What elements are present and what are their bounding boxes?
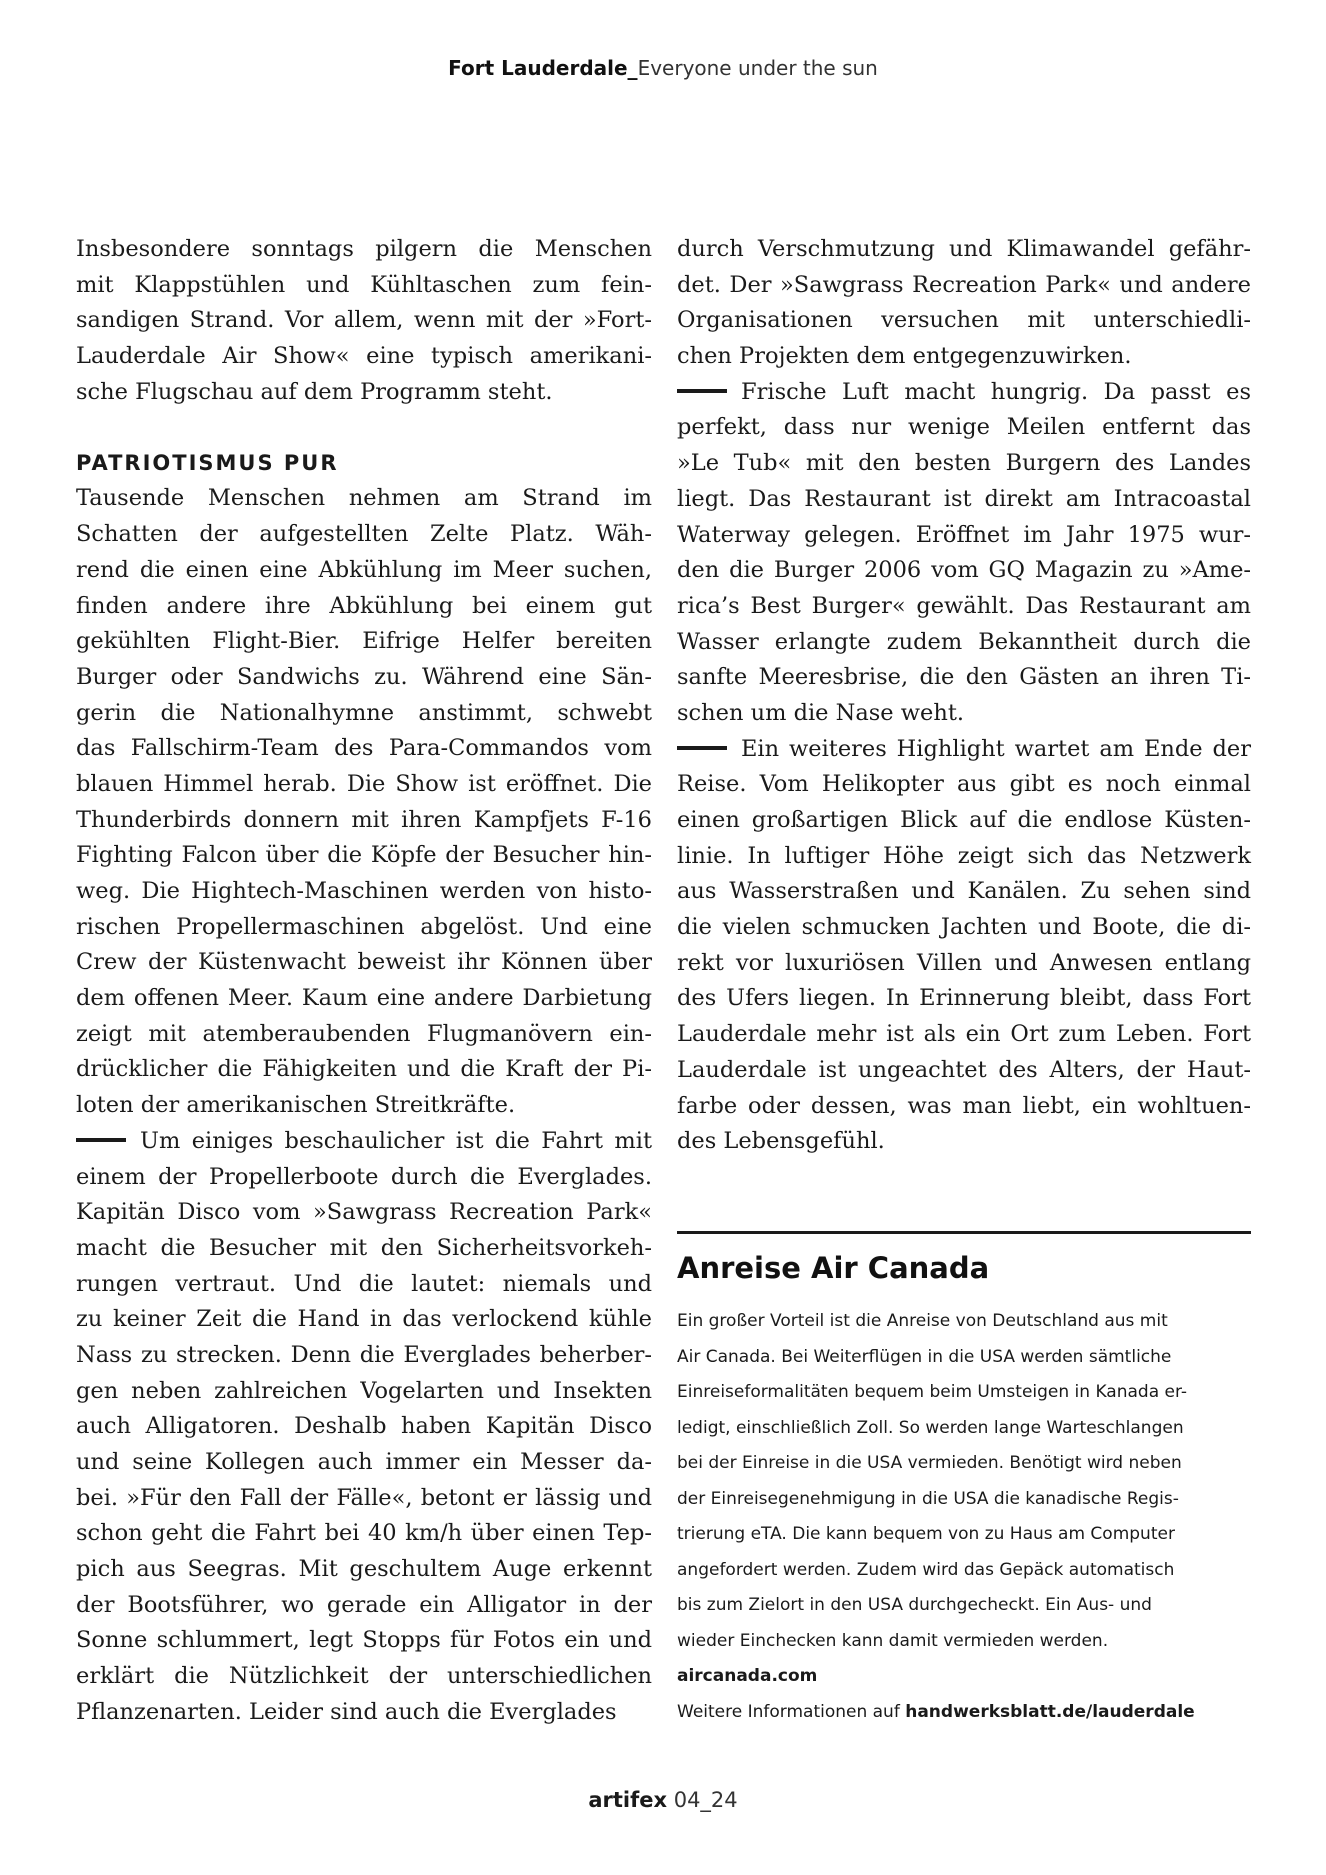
text-line: Fighting Falcon über die Köpfe der Besuc… xyxy=(76,838,652,874)
infobox-text-line: trierung eTA. Die kann bequem von zu Hau… xyxy=(677,1517,1251,1553)
text-line: des Ufers liegen. In Erinnerung bleibt, … xyxy=(677,981,1251,1017)
folio-brand: artifex xyxy=(588,1788,667,1812)
text-line: sche Flugschau auf dem Programm steht. xyxy=(76,375,652,411)
subhead-patriotismus: PATRIOTISMUS PUR xyxy=(76,445,652,481)
text-line: bei. »Für den Fall der Fälle«, betont er… xyxy=(76,1481,652,1517)
text-line: »Le Tub« mit den besten Burgern des Land… xyxy=(677,446,1251,482)
infobox-text-line: Ein großer Vorteil ist die Anreise von D… xyxy=(677,1304,1251,1340)
infobox-body: Ein großer Vorteil ist die Anreise von D… xyxy=(677,1304,1251,1730)
text-line: Tausende Menschen nehmen am Strand im xyxy=(76,481,652,517)
folio-issue: 04_24 xyxy=(667,1788,738,1812)
text-line: der Bootsführer, wo gerade ein Alligator… xyxy=(76,1588,652,1624)
more-info-prefix: Weitere Informationen auf xyxy=(677,1702,905,1722)
text-line: farbe oder dessen, was man liebt, ein wo… xyxy=(677,1089,1251,1125)
infobox-text-line: der Einreisegenehmigung in die USA die k… xyxy=(677,1482,1251,1518)
text-line: Schatten der aufgestellten Zelte Platz. … xyxy=(76,517,652,553)
text-line: det. Der »Sawgrass Recreation Park« und … xyxy=(677,268,1251,304)
paragraph-environment: durch Verschmutzung und Klimawandel gefä… xyxy=(677,232,1251,375)
text-line: erklärt die Nützlichkeit der unterschied… xyxy=(76,1659,652,1695)
text-line: schen um die Nase weht. xyxy=(677,696,1251,732)
text-line: dem offenen Meer. Kaum eine andere Darbi… xyxy=(76,981,652,1017)
text-line: Insbesondere sonntags pilgern die Mensch… xyxy=(76,232,652,268)
paragraph-dash-icon xyxy=(677,746,727,750)
text-line: die vielen schmucken Jachten und Boote, … xyxy=(677,910,1251,946)
infobox-text-line: Air Canada. Bei Weiterflügen in die USA … xyxy=(677,1340,1251,1376)
text-line: des Lebensgefühl. xyxy=(677,1124,1251,1160)
text-line: gekühlten Flight-Bier. Eifrige Helfer be… xyxy=(76,624,652,660)
more-info-line: Weitere Informationen auf handwerksblatt… xyxy=(677,1695,1251,1731)
text-line: Lauderdale mehr ist als ein Ort zum Lebe… xyxy=(677,1017,1251,1053)
folio: artifex 04_24 xyxy=(0,1788,1326,1812)
right-column: durch Verschmutzung und Klimawandel gefä… xyxy=(677,232,1251,1160)
text-line: Reise. Vom Helikopter aus gibt es noch e… xyxy=(677,767,1251,803)
text-line: schon geht die Fahrt bei 40 km/h über ei… xyxy=(76,1516,652,1552)
text-line: Wasser erlangte zudem Bekanntheit durch … xyxy=(677,625,1251,661)
text-line: rica’s Best Burger« gewählt. Das Restaur… xyxy=(677,589,1251,625)
text-line: Burger oder Sandwichs zu. Während eine S… xyxy=(76,660,652,696)
paragraph-everglades: Um einiges beschaulicher ist die Fahrt m… xyxy=(76,1124,652,1731)
text-line: drücklicher die Fähigkeiten und die Kraf… xyxy=(76,1052,652,1088)
intro-paragraph: Insbesondere sonntags pilgern die Mensch… xyxy=(76,232,652,410)
text-line: rend die einen eine Abkühlung im Meer su… xyxy=(76,553,652,589)
infobox-title: Anreise Air Canada xyxy=(677,1246,1251,1290)
text-line: zu keiner Zeit die Hand in das verlocken… xyxy=(76,1302,652,1338)
text-line: Lauderdale ist ungeachtet des Alters, de… xyxy=(677,1053,1251,1089)
link-aircanada[interactable]: aircanada.com xyxy=(677,1659,1251,1695)
infobox-text-line: bis zum Zielort in den USA durchgecheckt… xyxy=(677,1588,1251,1624)
infobox-text-line: wieder Einchecken kann damit vermieden w… xyxy=(677,1624,1251,1660)
text-line: Ein weiteres Highlight wartet am Ende de… xyxy=(677,732,1251,768)
text-line: gerin die Nationalhymne anstimmt, schweb… xyxy=(76,696,652,732)
infobox-text-line: ledigt, einschließlich Zoll. So werden l… xyxy=(677,1411,1251,1447)
text-line: gen neben zahlreichen Vogelarten und Ins… xyxy=(76,1374,652,1410)
text-line: Frische Luft macht hungrig. Da passt es xyxy=(677,375,1251,411)
text-line: Um einiges beschaulicher ist die Fahrt m… xyxy=(76,1124,652,1160)
text-line: blauen Himmel herab. Die Show ist eröffn… xyxy=(76,767,652,803)
running-head-section: Fort Lauderdale_ xyxy=(448,56,637,80)
text-line: einen großartigen Blick auf die endlose … xyxy=(677,803,1251,839)
text-line: durch Verschmutzung und Klimawandel gefä… xyxy=(677,232,1251,268)
text-line: auch Alligatoren. Deshalb haben Kapitän … xyxy=(76,1409,652,1445)
text-line: chen Projekten dem entgegenzuwirken. xyxy=(677,339,1251,375)
text-line: finden andere ihre Abkühlung bei einem g… xyxy=(76,589,652,625)
text-line: aus Wasserstraßen und Kanälen. Zu sehen … xyxy=(677,874,1251,910)
text-line: macht die Besucher mit den Sicherheitsvo… xyxy=(76,1231,652,1267)
text-line: pich aus Seegras. Mit geschultem Auge er… xyxy=(76,1552,652,1588)
text-line: Pflanzenarten. Leider sind auch die Ever… xyxy=(76,1695,652,1731)
paragraph-air-show: Tausende Menschen nehmen am Strand imSch… xyxy=(76,481,652,1123)
running-head-tagline: Everyone under the sun xyxy=(638,56,878,80)
text-line: und seine Kollegen auch immer ein Messer… xyxy=(76,1445,652,1481)
text-line: das Fallschirm-Team des Para-Commandos v… xyxy=(76,731,652,767)
text-line: Waterway gelegen. Eröffnet im Jahr 1975 … xyxy=(677,518,1251,554)
infobox-rule xyxy=(677,1231,1251,1234)
paragraph-dash-icon xyxy=(76,1138,126,1142)
text-line: Thunderbirds donnern mit ihren Kampfjets… xyxy=(76,803,652,839)
text-line: loten der amerikanischen Streitkräfte. xyxy=(76,1088,652,1124)
text-line: rekt vor luxuriösen Villen und Anwesen e… xyxy=(677,946,1251,982)
infobox-air-canada: Anreise Air Canada Ein großer Vorteil is… xyxy=(677,1231,1251,1730)
paragraph-le-tub: Frische Luft macht hungrig. Da passt esp… xyxy=(677,375,1251,732)
running-head: Fort Lauderdale_Everyone under the sun xyxy=(0,56,1326,80)
text-line: sanfte Meeresbrise, die den Gästen an ih… xyxy=(677,660,1251,696)
text-line: Nass zu strecken. Denn die Everglades be… xyxy=(76,1338,652,1374)
text-line: Organisationen versuchen mit unterschied… xyxy=(677,303,1251,339)
text-line: Kapitän Disco vom »Sawgrass Recreation P… xyxy=(76,1195,652,1231)
paragraph-helicopter: Ein weiteres Highlight wartet am Ende de… xyxy=(677,732,1251,1160)
text-line: liegt. Das Restaurant ist direkt am Intr… xyxy=(677,482,1251,518)
text-line: perfekt, dass nur wenige Meilen entfernt… xyxy=(677,410,1251,446)
text-line: einem der Propellerboote durch die Everg… xyxy=(76,1160,652,1196)
text-line: zeigt mit atemberaubenden Flugmanövern e… xyxy=(76,1017,652,1053)
text-line: Sonne schlummert, legt Stopps für Fotos … xyxy=(76,1623,652,1659)
infobox-text-line: bei der Einreise in die USA vermieden. B… xyxy=(677,1446,1251,1482)
text-line: rischen Propellermaschinen abgelöst. Und… xyxy=(76,910,652,946)
link-handwerksblatt[interactable]: handwerksblatt.de/lauderdale xyxy=(905,1702,1194,1722)
text-line: Crew der Küstenwacht beweist ihr Können … xyxy=(76,945,652,981)
text-line: weg. Die Hightech-Maschinen werden von h… xyxy=(76,874,652,910)
text-line: sandigen Strand. Vor allem, wenn mit der… xyxy=(76,303,652,339)
infobox-text-line: Einreiseformalitäten bequem beim Umsteig… xyxy=(677,1375,1251,1411)
text-line: den die Burger 2006 vom GQ Magazin zu »A… xyxy=(677,553,1251,589)
left-column: Insbesondere sonntags pilgern die Mensch… xyxy=(76,232,652,1731)
paragraph-dash-icon xyxy=(677,389,727,393)
text-line: linie. In luftiger Höhe zeigt sich das N… xyxy=(677,839,1251,875)
text-line: Lauderdale Air Show« eine typisch amerik… xyxy=(76,339,652,375)
infobox-text-line: angefordert werden. Zudem wird das Gepäc… xyxy=(677,1553,1251,1589)
text-line: rungen vertraut. Und die lautet: niemals… xyxy=(76,1267,652,1303)
text-line: mit Klappstühlen und Kühltaschen zum fei… xyxy=(76,268,652,304)
